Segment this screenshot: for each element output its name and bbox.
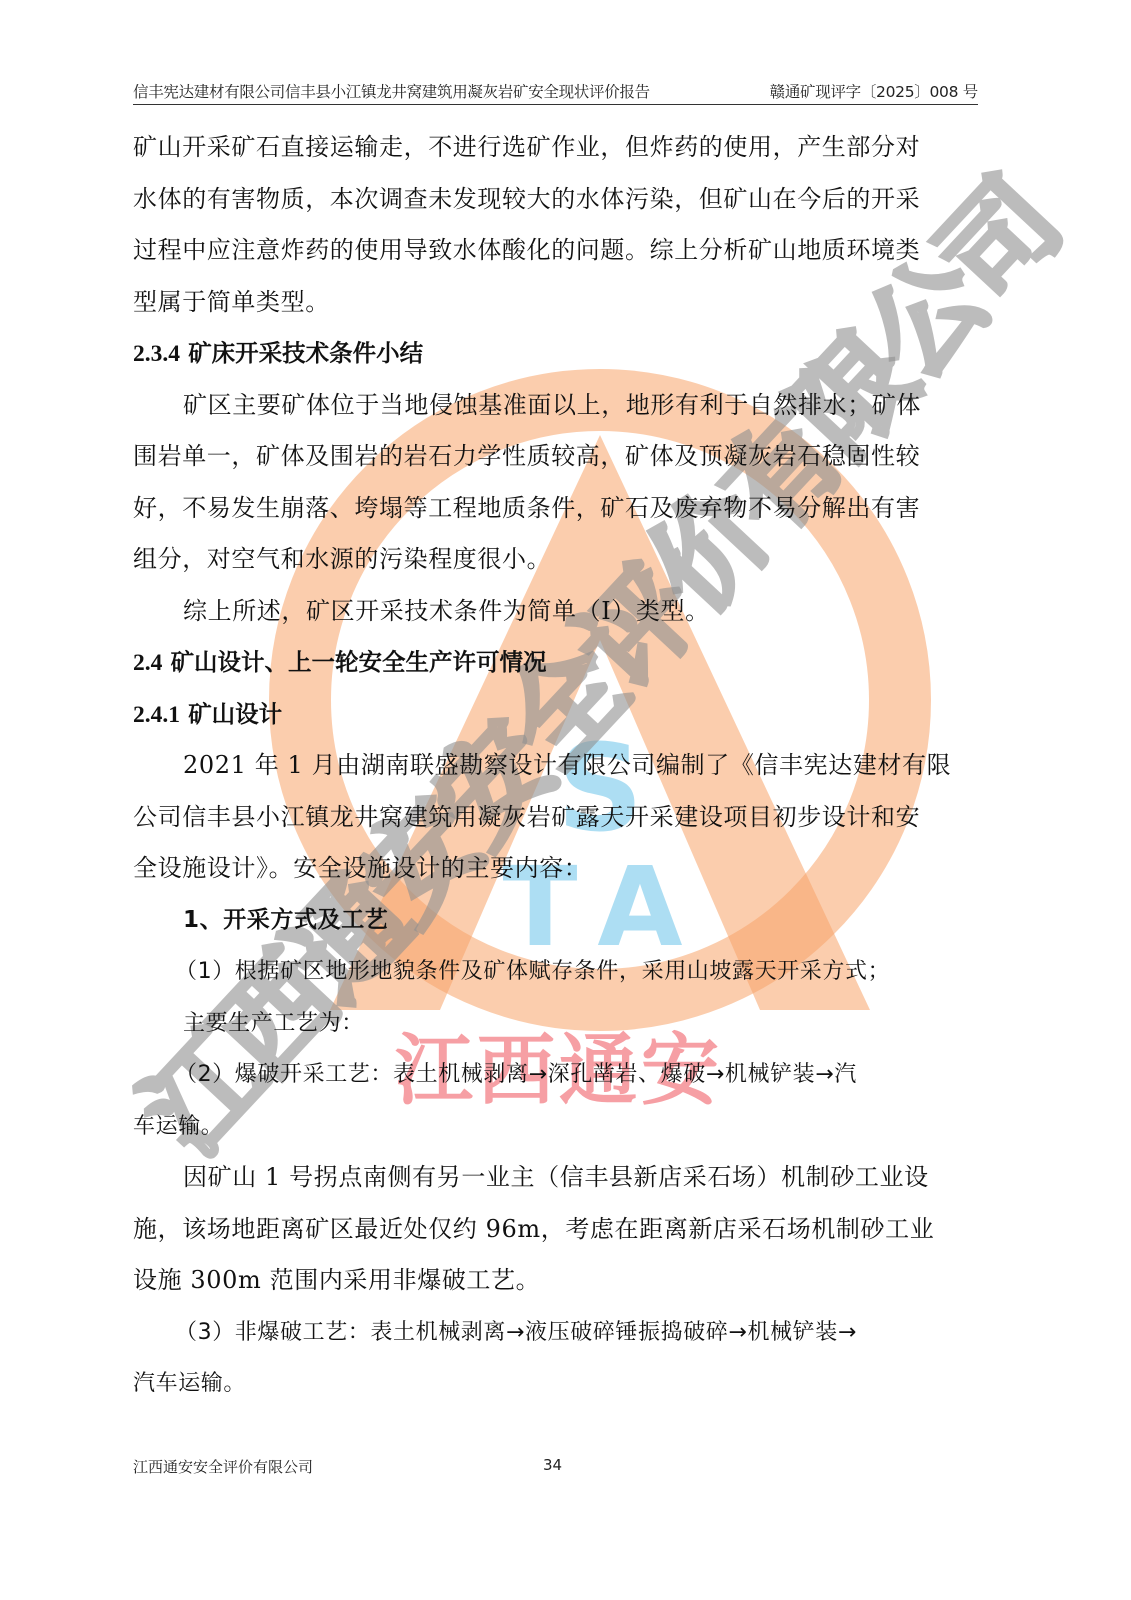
- body-line: 综上所述，矿区开采技术条件为简单（Ⅰ）类型。: [133, 586, 978, 638]
- footer-company: 江西通安安全评价有限公司: [133, 1456, 313, 1477]
- body-line: 矿区主要矿体位于当地侵蚀基准面以上，地形有利于自然排水；矿体: [133, 380, 978, 432]
- document-page: S T A 江西通安 江西通安安全评价有限公司 信丰宪达建材有限公司信丰县小江镇…: [0, 0, 1131, 1600]
- body-line: 2021 年 1 月由湖南联盛勘察设计有限公司编制了《信丰宪达建材有限: [133, 740, 978, 792]
- section-number: 2.4: [133, 650, 162, 676]
- body-line: 好，不易发生崩落、垮塌等工程地质条件，矿石及废弃物不易分解出有害: [133, 483, 978, 535]
- body-line: 施，该场地距离矿区最近处仅约 96m，考虑在距离新店采石场机制砂工业: [133, 1204, 978, 1256]
- section-number: 2.4.1: [133, 702, 180, 728]
- page-number: 34: [543, 1456, 562, 1474]
- list-item-continuation: 车运输。: [133, 1101, 978, 1153]
- page-body: 矿山开采矿石直接运输走，不进行选矿作业，但炸药的使用，产生部分对 水体的有害物质…: [133, 122, 978, 1410]
- body-line: 公司信丰县小江镇龙井窝建筑用凝灰岩矿露天开采建设项目初步设计和安: [133, 792, 978, 844]
- body-line: 因矿山 1 号拐点南侧有另一业主（信丰县新店采石场）机制砂工业设: [133, 1152, 978, 1204]
- body-line: 型属于简单类型。: [133, 277, 978, 329]
- body-line: 水体的有害物质，本次调查未发现较大的水体污染，但矿山在今后的开采: [133, 174, 978, 226]
- list-item-continuation: 汽车运输。: [133, 1358, 978, 1410]
- header-divider: [133, 104, 978, 105]
- body-line: 矿山开采矿石直接运输走，不进行选矿作业，但炸药的使用，产生部分对: [133, 122, 978, 174]
- report-title: 信丰宪达建材有限公司信丰县小江镇龙井窝建筑用凝灰岩矿安全现状评价报告: [133, 80, 650, 102]
- section-number: 2.3.4: [133, 341, 180, 367]
- body-line: 围岩单一，矿体及围岩的岩石力学性质较高，矿体及顶凝灰岩石稳固性较: [133, 431, 978, 483]
- section-title: 矿山设计、上一轮安全生产许可情况: [171, 648, 547, 676]
- body-line: 设施 300m 范围内采用非爆破工艺。: [133, 1255, 978, 1307]
- page-header: 信丰宪达建材有限公司信丰县小江镇龙井窝建筑用凝灰岩矿安全现状评价报告 赣通矿现评…: [133, 76, 978, 102]
- list-item-continuation: 主要生产工艺为：: [133, 998, 978, 1050]
- subheading: 1、开采方式及工艺: [133, 895, 978, 947]
- section-heading-2-4-1: 2.4.1 矿山设计: [133, 689, 978, 741]
- body-line: 组分，对空气和水源的污染程度很小。: [133, 534, 978, 586]
- list-item: （3）非爆破工艺：表土机械剥离→液压破碎锤振捣破碎→机械铲装→: [133, 1307, 978, 1359]
- body-line: 过程中应注意炸药的使用导致水体酸化的问题。综上分析矿山地质环境类: [133, 225, 978, 277]
- section-heading-2-4: 2.4 矿山设计、上一轮安全生产许可情况: [133, 637, 978, 689]
- document-number: 赣通矿现评字〔2025〕008 号: [770, 80, 978, 102]
- section-heading-2-3-4: 2.3.4 矿床开采技术条件小结: [133, 328, 978, 380]
- list-item: （1）根据矿区地形地貌条件及矿体赋存条件，采用山坡露天开采方式；: [133, 946, 978, 998]
- section-title: 矿山设计: [188, 700, 282, 728]
- section-title: 矿床开采技术条件小结: [188, 339, 423, 367]
- list-item: （2）爆破开采工艺：表土机械剥离→深孔凿岩、爆破→机械铲装→汽: [133, 1049, 978, 1101]
- body-line: 全设施设计》。安全设施设计的主要内容：: [133, 843, 978, 895]
